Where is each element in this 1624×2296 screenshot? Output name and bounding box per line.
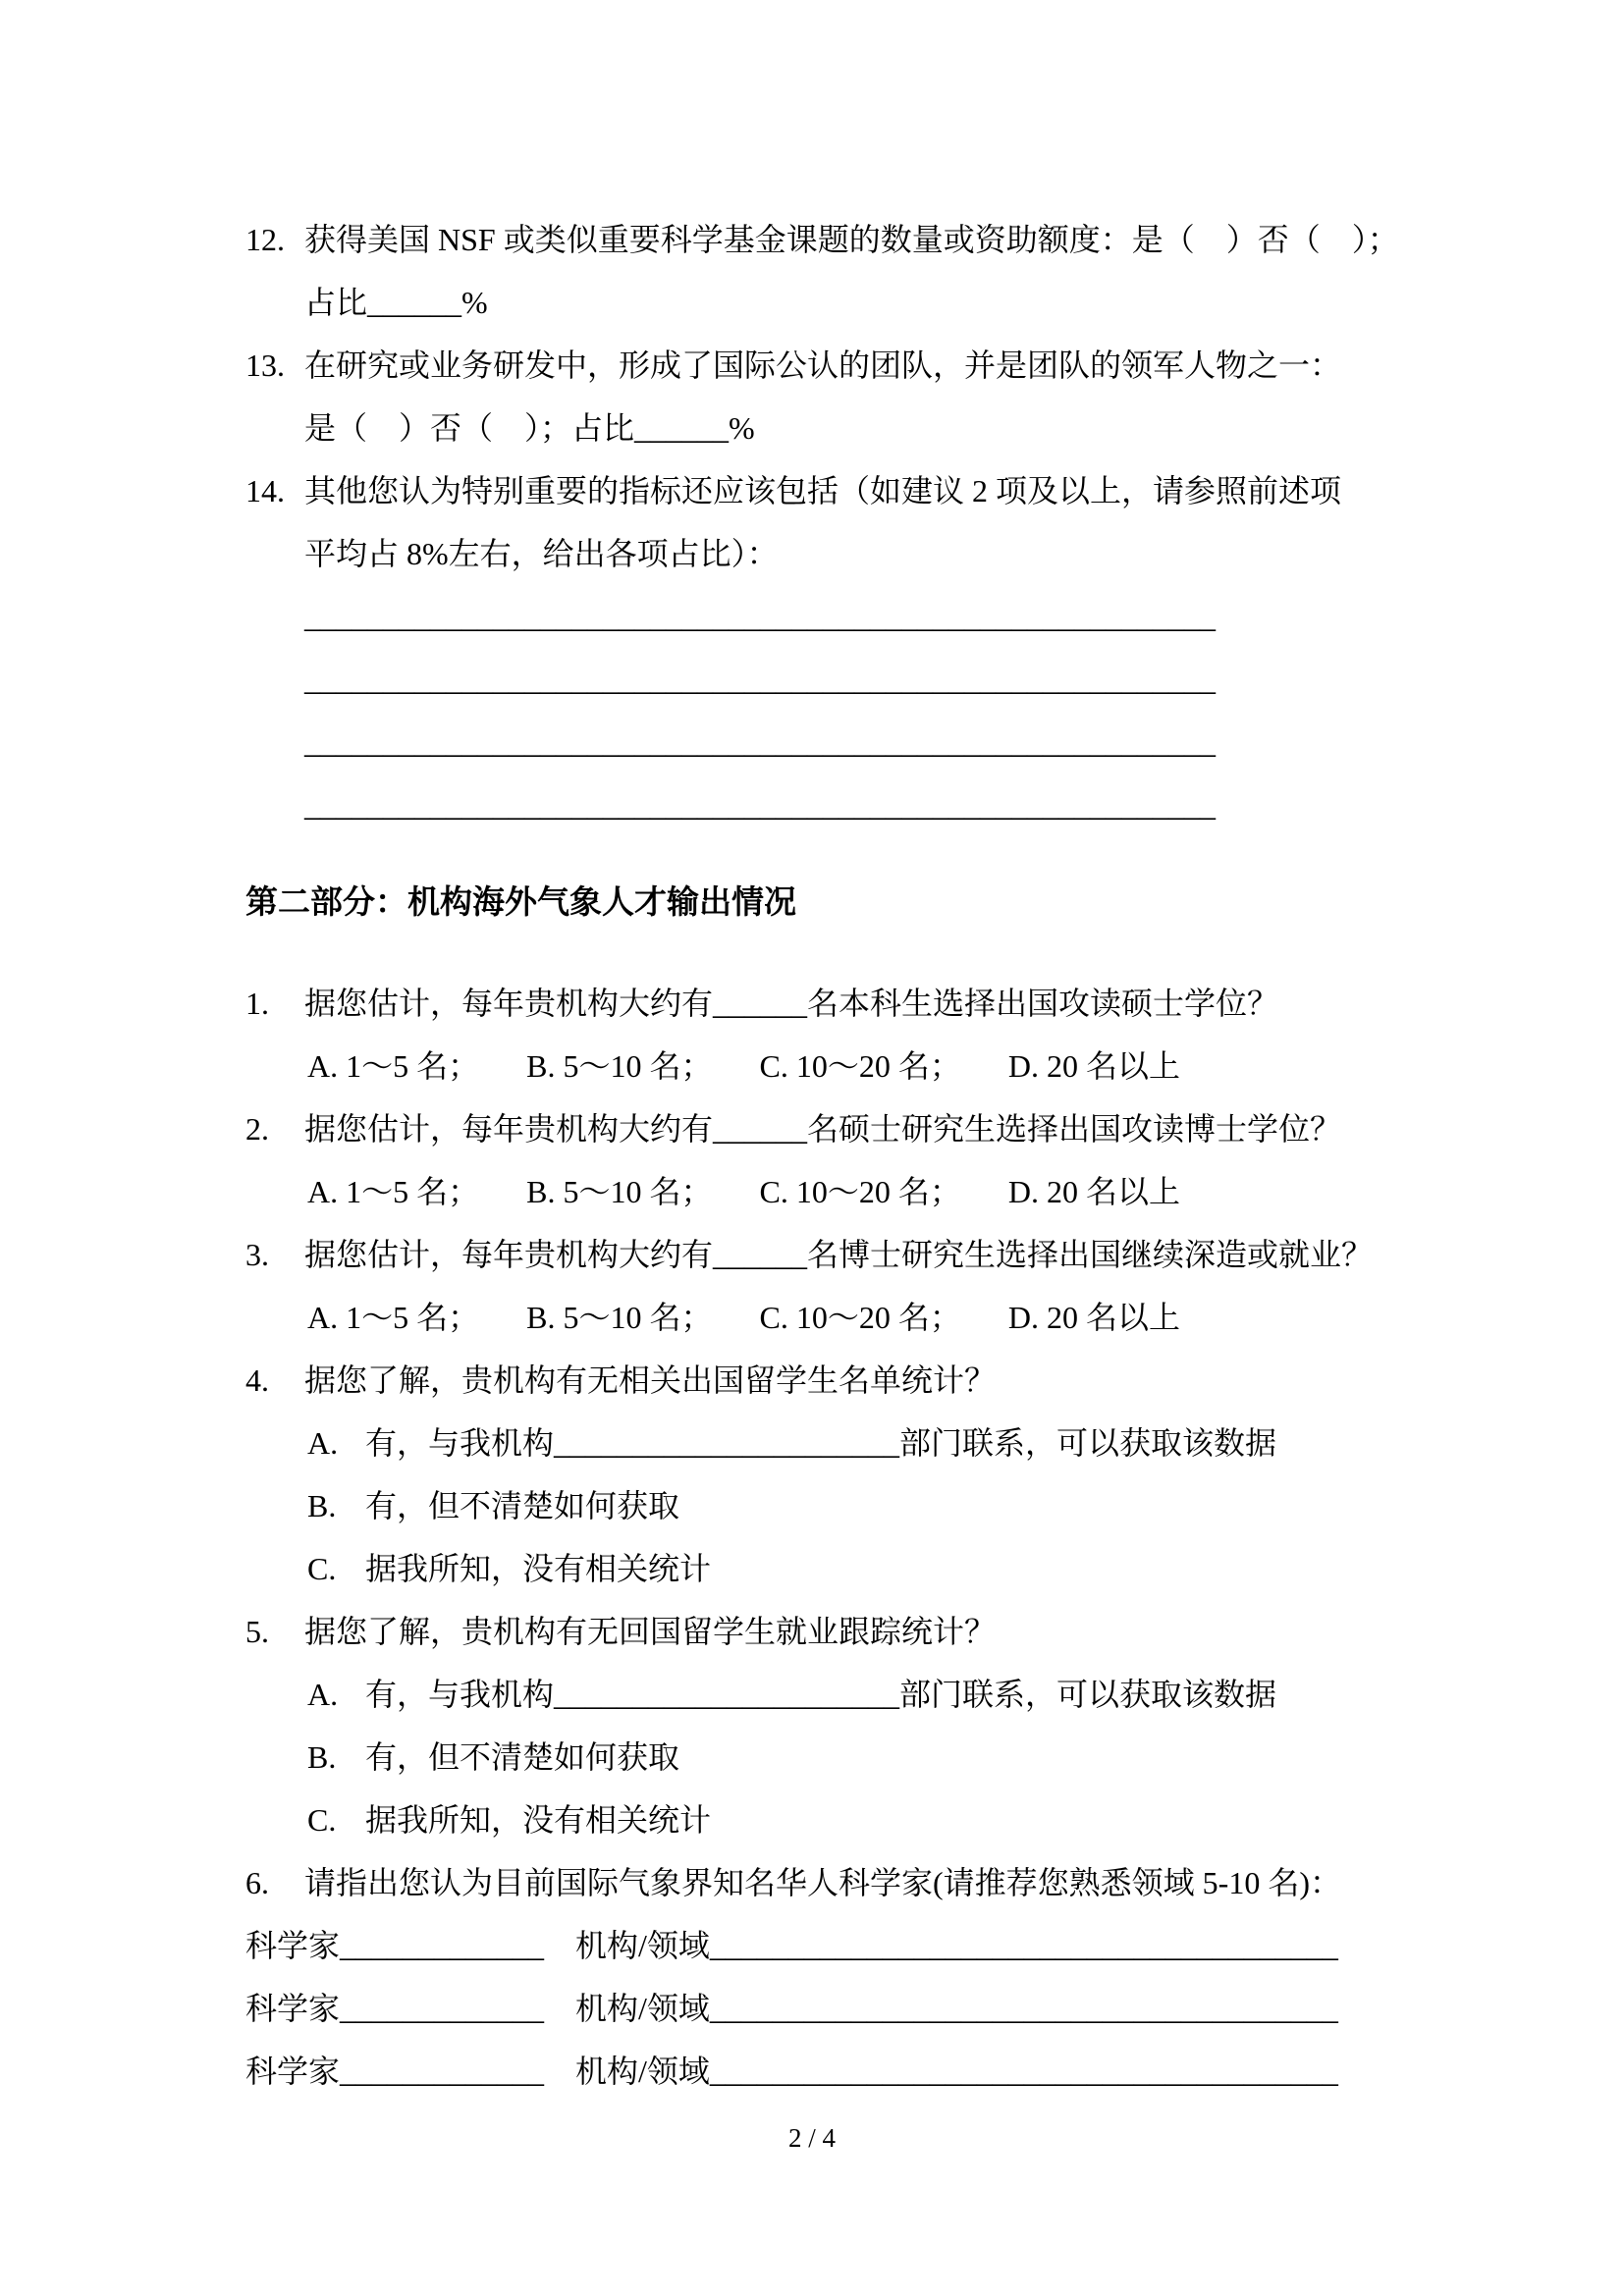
question-item-4: 4. 据您了解，贵机构有无相关出国留学生名单统计？ A. 有，与我机构_____…	[245, 1349, 1467, 1600]
question-item-6: 6. 请指出您认为目前国际气象界知名华人科学家(请推荐您熟悉领域 5-10 名)…	[245, 1851, 1467, 1914]
option-text: 有，但不清楚如何获取	[365, 1474, 679, 1537]
item-text: 据您了解，贵机构有无相关出国留学生名单统计？	[304, 1349, 996, 1412]
option-text: 据我所知，没有相关统计	[365, 1537, 711, 1600]
item-text-continuation: 占比______%	[245, 271, 1467, 334]
option-c: C. 10～20 名；	[759, 1160, 960, 1223]
option-a: A. 1～5 名；	[307, 1035, 479, 1097]
question-item-2: 2. 据您估计，每年贵机构大约有______名硕士研究生选择出国攻读博士学位？ …	[245, 1097, 1467, 1223]
question-item-3: 3. 据您估计，每年贵机构大约有______名博士研究生选择出国继续深造或就业？…	[245, 1223, 1467, 1349]
option-d: D. 20 名以上	[1008, 1286, 1180, 1349]
item-text-continuation: 是（ ）否（ ）；占比______%	[245, 397, 1467, 459]
option-b: B. 5～10 名；	[526, 1035, 712, 1097]
answer-blank-line: ________________________________________…	[245, 648, 1467, 711]
option-letter: A.	[307, 1412, 365, 1474]
item-number: 5.	[245, 1600, 304, 1663]
option-text: 据我所知，没有相关统计	[365, 1789, 711, 1851]
option-a: A. 1～5 名；	[307, 1286, 479, 1349]
option-d: D. 20 名以上	[1008, 1035, 1180, 1097]
item-text: 据您估计，每年贵机构大约有______名博士研究生选择出国继续深造或就业？	[304, 1223, 1373, 1286]
option-c: C. 10～20 名；	[759, 1035, 960, 1097]
item-number: 2.	[245, 1097, 304, 1160]
option-text: 有，与我机构______________________部门联系，可以获取该数据	[365, 1412, 1276, 1474]
item-number: 14.	[245, 459, 304, 522]
question-item-13: 13. 在研究或业务研发中，形成了国际公认的团队，并是团队的领军人物之一： 是（…	[245, 334, 1467, 459]
item-number: 12.	[245, 208, 304, 271]
sub-option-c: C. 据我所知，没有相关统计	[245, 1537, 1467, 1600]
item-text: 据您估计，每年贵机构大约有______名硕士研究生选择出国攻读博士学位？	[304, 1097, 1341, 1160]
multiple-choice-options: A. 1～5 名；B. 5～10 名；C. 10～20 名；D. 20 名以上	[245, 1286, 1467, 1349]
option-letter: B.	[307, 1726, 365, 1789]
scientist-fill-row: 科学家_____________ 机构/领域__________________…	[245, 1977, 1467, 2040]
scientist-fill-row: 科学家_____________ 机构/领域__________________…	[245, 2040, 1467, 2103]
multiple-choice-options: A. 1～5 名；B. 5～10 名；C. 10～20 名；D. 20 名以上	[245, 1035, 1467, 1097]
option-b: B. 5～10 名；	[526, 1286, 712, 1349]
section-heading: 第二部分：机构海外气象人才输出情况	[245, 872, 1467, 934]
question-item-1: 1. 据您估计，每年贵机构大约有______名本科生选择出国攻读硕士学位？ A.…	[245, 972, 1467, 1097]
item-text: 据您了解，贵机构有无回国留学生就业跟踪统计？	[304, 1600, 996, 1663]
item-number: 1.	[245, 972, 304, 1035]
option-d: D. 20 名以上	[1008, 1160, 1180, 1223]
option-letter: C.	[307, 1537, 365, 1600]
item-text: 获得美国 NSF 或类似重要科学基金课题的数量或资助额度：是（ ）否（ ）；	[304, 208, 1399, 271]
option-text: 有，但不清楚如何获取	[365, 1726, 679, 1789]
item-number: 4.	[245, 1349, 304, 1412]
sub-option-b: B. 有，但不清楚如何获取	[245, 1474, 1467, 1537]
scientist-fill-row: 科学家_____________ 机构/领域__________________…	[245, 1914, 1467, 1977]
option-text: 有，与我机构______________________部门联系，可以获取该数据	[365, 1663, 1276, 1726]
item-text-continuation: 平均占 8%左右，给出各项占比）：	[245, 522, 1467, 585]
option-letter: B.	[307, 1474, 365, 1537]
sub-option-a: A. 有，与我机构______________________部门联系，可以获取…	[245, 1412, 1467, 1474]
option-letter: C.	[307, 1789, 365, 1851]
questionnaire-page: 12. 获得美国 NSF 或类似重要科学基金课题的数量或资助额度：是（ ）否（ …	[0, 0, 1624, 2296]
page-number: 2 / 4	[0, 2118, 1624, 2158]
answer-blank-line: ________________________________________…	[245, 585, 1467, 648]
answer-blank-line: ________________________________________…	[245, 774, 1467, 836]
item-number: 13.	[245, 334, 304, 397]
question-item-5: 5. 据您了解，贵机构有无回国留学生就业跟踪统计？ A. 有，与我机构_____…	[245, 1600, 1467, 1851]
item-text: 请指出您认为目前国际气象界知名华人科学家(请推荐您熟悉领域 5-10 名)：	[304, 1851, 1341, 1914]
question-item-12: 12. 获得美国 NSF 或类似重要科学基金课题的数量或资助额度：是（ ）否（ …	[245, 208, 1467, 334]
multiple-choice-options: A. 1～5 名；B. 5～10 名；C. 10～20 名；D. 20 名以上	[245, 1160, 1467, 1223]
option-c: C. 10～20 名；	[759, 1286, 960, 1349]
item-text: 在研究或业务研发中，形成了国际公认的团队，并是团队的领军人物之一：	[304, 334, 1341, 397]
item-text: 据您估计，每年贵机构大约有______名本科生选择出国攻读硕士学位？	[304, 972, 1278, 1035]
item-number: 3.	[245, 1223, 304, 1286]
item-text: 其他您认为特别重要的指标还应该包括（如建议 2 项及以上，请参照前述项	[304, 459, 1341, 522]
item-number: 6.	[245, 1851, 304, 1914]
option-b: B. 5～10 名；	[526, 1160, 712, 1223]
answer-blank-line: ________________________________________…	[245, 711, 1467, 774]
question-item-14: 14. 其他您认为特别重要的指标还应该包括（如建议 2 项及以上，请参照前述项 …	[245, 459, 1467, 585]
sub-option-a: A. 有，与我机构______________________部门联系，可以获取…	[245, 1663, 1467, 1726]
sub-option-c: C. 据我所知，没有相关统计	[245, 1789, 1467, 1851]
option-a: A. 1～5 名；	[307, 1160, 479, 1223]
sub-option-b: B. 有，但不清楚如何获取	[245, 1726, 1467, 1789]
option-letter: A.	[307, 1663, 365, 1726]
